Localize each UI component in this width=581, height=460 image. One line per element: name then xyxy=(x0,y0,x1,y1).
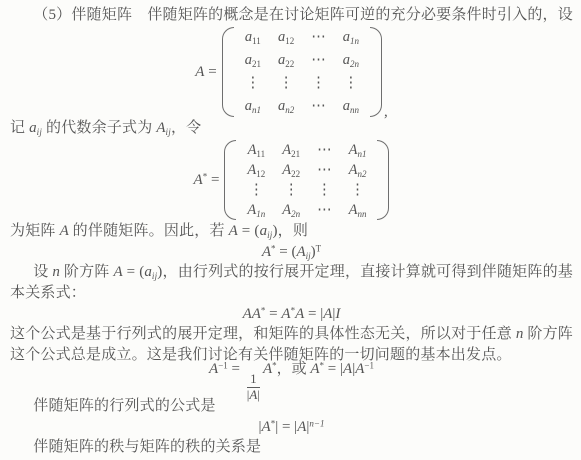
formula-det-adjugate: |A*| = |A|n−1 xyxy=(10,417,573,437)
matrix-astar-grid: A11 A21 ⋯ An1 A12 A22 ⋯ An2 ⋮ ⋮ ⋮ ⋮ A1n … xyxy=(239,139,374,221)
formula-inverse-relation-content: A−1 = 1|A|A*，或 A* = |A|A−1 xyxy=(209,359,374,402)
paragraph-cofactor: 记 aij 的代数余子式为 Aij，令 xyxy=(10,118,573,139)
matrix-cell: ⋯ xyxy=(311,97,326,116)
matrix-cell: ⋯ xyxy=(311,51,326,70)
formula-basic-relation: AA* = A*A = |A|I xyxy=(10,304,573,324)
formula-det-adjugate-content: |A*| = |A|n−1 xyxy=(259,417,325,438)
matrix-cell: an1 xyxy=(245,97,261,116)
matrix-cell: A2n xyxy=(282,201,300,219)
matrix-cell: a2n xyxy=(343,51,359,70)
matrix-cell: ⋮ xyxy=(311,74,326,93)
matrix-cell: A11 xyxy=(248,141,266,159)
matrix-a-trailing-comma: , xyxy=(384,106,388,118)
matrix-astar-label: A* = xyxy=(194,170,220,191)
matrix-astar-paren-left xyxy=(224,140,236,220)
matrix-cell: ann xyxy=(343,97,359,116)
matrix-cell: A12 xyxy=(247,161,265,179)
matrix-cell: ⋮ xyxy=(249,181,264,199)
matrix-cell: ⋮ xyxy=(246,74,261,93)
matrix-cell: ⋯ xyxy=(317,141,332,159)
matrix-cell: ⋮ xyxy=(350,181,365,199)
matrix-cell: An2 xyxy=(349,161,367,179)
matrix-a-paren-right xyxy=(370,27,382,117)
matrix-astar-paren-right xyxy=(377,140,389,220)
matrix-a-paren-left xyxy=(222,27,234,117)
matrix-a-label: A = xyxy=(195,62,216,83)
matrix-cell: a11 xyxy=(245,28,261,47)
matrix-cell: ⋮ xyxy=(279,74,294,93)
formula-adjoint-transpose: A* = (Aij)T xyxy=(10,242,573,262)
matrix-cell: a12 xyxy=(278,28,294,47)
formula-adjoint-transpose-content: A* = (Aij)T xyxy=(262,242,321,263)
formula-basic-relation-content: AA* = A*A = |A|I xyxy=(243,304,341,325)
matrix-cell: ⋯ xyxy=(311,28,326,47)
matrix-cell: a22 xyxy=(278,51,294,70)
matrix-cell: A21 xyxy=(282,141,300,159)
paragraph-setup: 设 n 阶方阵 A = (aij)，由行列式的按行展开定理，直接计算就可得到伴随… xyxy=(10,262,573,304)
matrix-astar-display: A* = A11 A21 ⋯ An1 A12 A22 ⋯ An2 ⋮ ⋮ ⋮ ⋮… xyxy=(10,139,573,221)
matrix-cell: A22 xyxy=(282,161,300,179)
matrix-a-grid: a11 a12 ⋯ a1n a21 a22 ⋯ a2n ⋮ ⋮ ⋮ ⋮ an1 … xyxy=(237,26,367,118)
matrix-cell: An1 xyxy=(349,141,367,159)
matrix-a: A = a11 a12 ⋯ a1n a21 a22 ⋯ a2n ⋮ ⋮ ⋮ ⋮ … xyxy=(195,26,387,118)
matrix-cell: ⋯ xyxy=(317,201,332,219)
document-page: （5）伴随矩阵 伴随矩阵的概念是在讨论矩阵可逆的充分必要条件时引入的，设 A =… xyxy=(0,0,581,460)
paragraph-rank-intro: 伴随矩阵的秩与矩阵的秩的关系是 xyxy=(10,437,573,458)
matrix-a-display: A = a11 a12 ⋯ a1n a21 a22 ⋯ a2n ⋮ ⋮ ⋮ ⋮ … xyxy=(10,26,573,118)
matrix-cell: an2 xyxy=(278,97,294,116)
matrix-cell: ⋮ xyxy=(284,181,299,199)
paragraph-intro: （5）伴随矩阵 伴随矩阵的概念是在讨论矩阵可逆的充分必要条件时引入的，设 xyxy=(10,5,573,26)
matrix-cell: Ann xyxy=(349,201,367,219)
matrix-cell: ⋯ xyxy=(317,161,332,179)
paragraph-adjoint-name: 为矩阵 A 的伴随矩阵。因此，若 A = (aij)，则 xyxy=(10,221,573,242)
formula-inverse-relation: A−1 = 1|A|A*，或 A* = |A|A−1 xyxy=(10,367,573,395)
matrix-cell: ⋮ xyxy=(317,181,332,199)
matrix-cell: ⋮ xyxy=(344,74,359,93)
matrix-cell: A1n xyxy=(247,201,265,219)
matrix-astar: A* = A11 A21 ⋯ An1 A12 A22 ⋯ An2 ⋮ ⋮ ⋮ ⋮… xyxy=(194,139,390,221)
matrix-cell: a1n xyxy=(343,28,359,47)
matrix-cell: a21 xyxy=(245,51,261,70)
